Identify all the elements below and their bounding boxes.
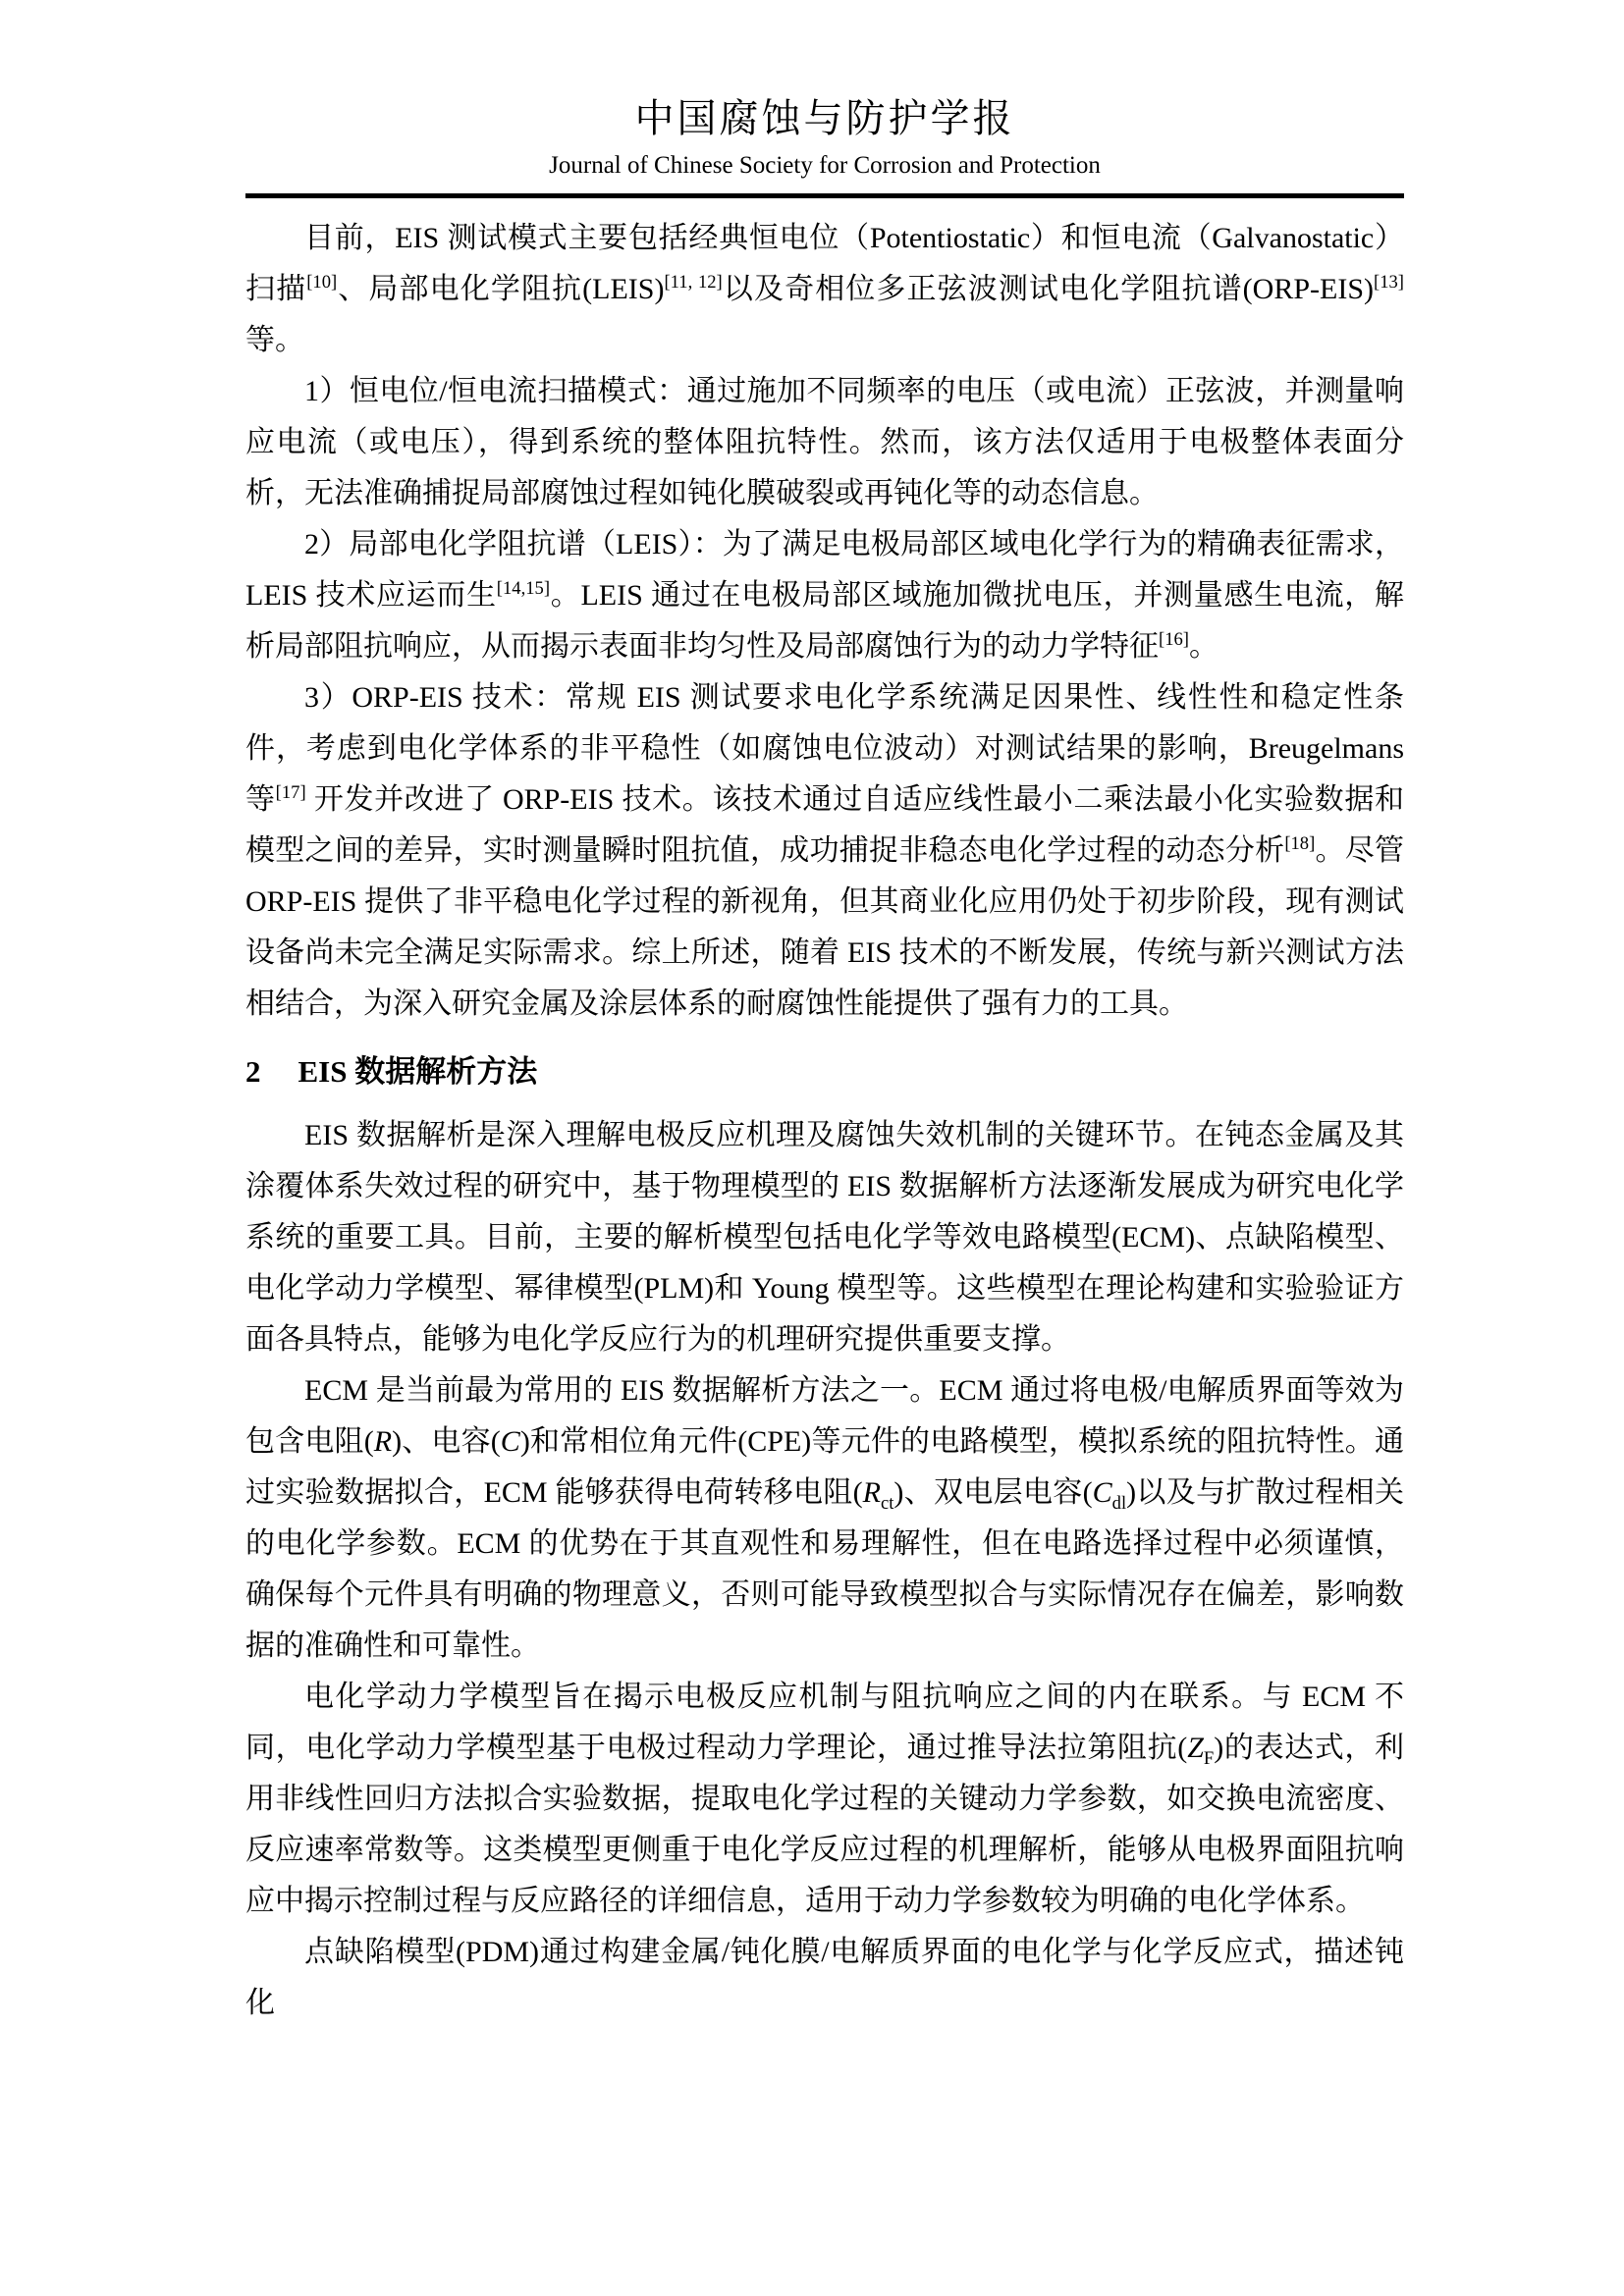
header-divider-rule [245, 193, 1404, 198]
paragraph: 1）恒电位/恒电流扫描模式：通过施加不同频率的电压（或电流）正弦波，并测量响应电… [245, 366, 1404, 519]
document-page: 中国腐蚀与防护学报 Journal of Chinese Society for… [0, 0, 1624, 2296]
paragraph: ECM 是当前最为常用的 EIS 数据解析方法之一。ECM 通过将电极/电解质界… [245, 1365, 1404, 1672]
section-title: EIS 数据解析方法 [298, 1054, 538, 1089]
paragraph: 2）局部电化学阻抗谱（LEIS）：为了满足电极局部区域电化学行为的精确表征需求，… [245, 519, 1404, 672]
section-number: 2 [245, 1054, 261, 1089]
section-heading: 2EIS 数据解析方法 [245, 1046, 1404, 1097]
paragraph: 目前，EIS 测试模式主要包括经典恒电位（Potentiostatic）和恒电流… [245, 213, 1404, 366]
paragraph: 点缺陷模型(PDM)通过构建金属/钝化膜/电解质界面的电化学与化学反应式，描述钝… [245, 1927, 1404, 2029]
page-content: 中国腐蚀与防护学报 Journal of Chinese Society for… [245, 0, 1404, 2029]
journal-title-english: Journal of Chinese Society for Corrosion… [245, 151, 1404, 181]
paragraph: 3）ORP-EIS 技术：常规 EIS 测试要求电化学系统满足因果性、线性性和稳… [245, 672, 1404, 1030]
paragraph: 电化学动力学模型旨在揭示电极反应机制与阻抗响应之间的内在联系。与 ECM 不同，… [245, 1672, 1404, 1927]
journal-title-chinese: 中国腐蚀与防护学报 [245, 0, 1404, 141]
paragraph: EIS 数据解析是深入理解电极反应机理及腐蚀失效机制的关键环节。在钝态金属及其涂… [245, 1110, 1404, 1365]
article-body: 目前，EIS 测试模式主要包括经典恒电位（Potentiostatic）和恒电流… [245, 213, 1404, 2029]
